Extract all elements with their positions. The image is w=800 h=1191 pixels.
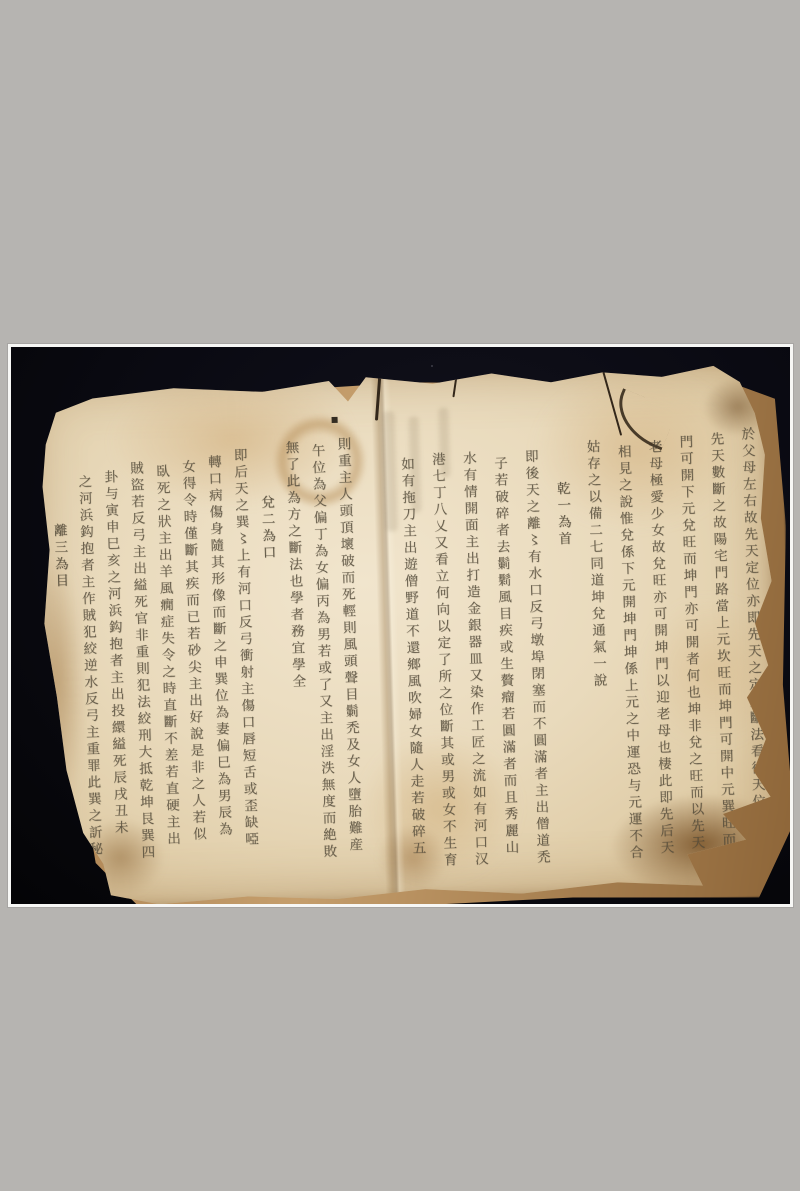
manuscript-paper: 於父母左右故先天定位亦即先天之定數斷法看後天位形勢先天數斷之故陽宅門路當上元坎旺… xyxy=(25,360,780,904)
ink-square-mark xyxy=(332,417,338,423)
screenshot-root: { "scene": { "background_color": "#b6b4b… xyxy=(0,0,800,1191)
photo-black-background: 於父母左右故先天定位亦即先天之定數斷法看後天位形勢先天數斷之故陽宅門路當上元坎旺… xyxy=(11,347,790,904)
manuscript-photo-frame: 於父母左右故先天定位亦即先天之定數斷法看後天位形勢先天數斷之故陽宅門路當上元坎旺… xyxy=(8,344,793,907)
right-page-text: 於父母左右故先天定位亦即先天之定數斷法看後天位形勢先天數斷之故陽宅門路當上元坎旺… xyxy=(389,420,774,883)
paper-tear xyxy=(453,367,459,397)
left-page-text: 則重主人頭頂壞破而死輕則風頭聲目鬎禿及女人墮胎難産午位為父偏丁為女偏丙為男若或了… xyxy=(43,428,369,897)
dust-speck xyxy=(431,365,433,367)
